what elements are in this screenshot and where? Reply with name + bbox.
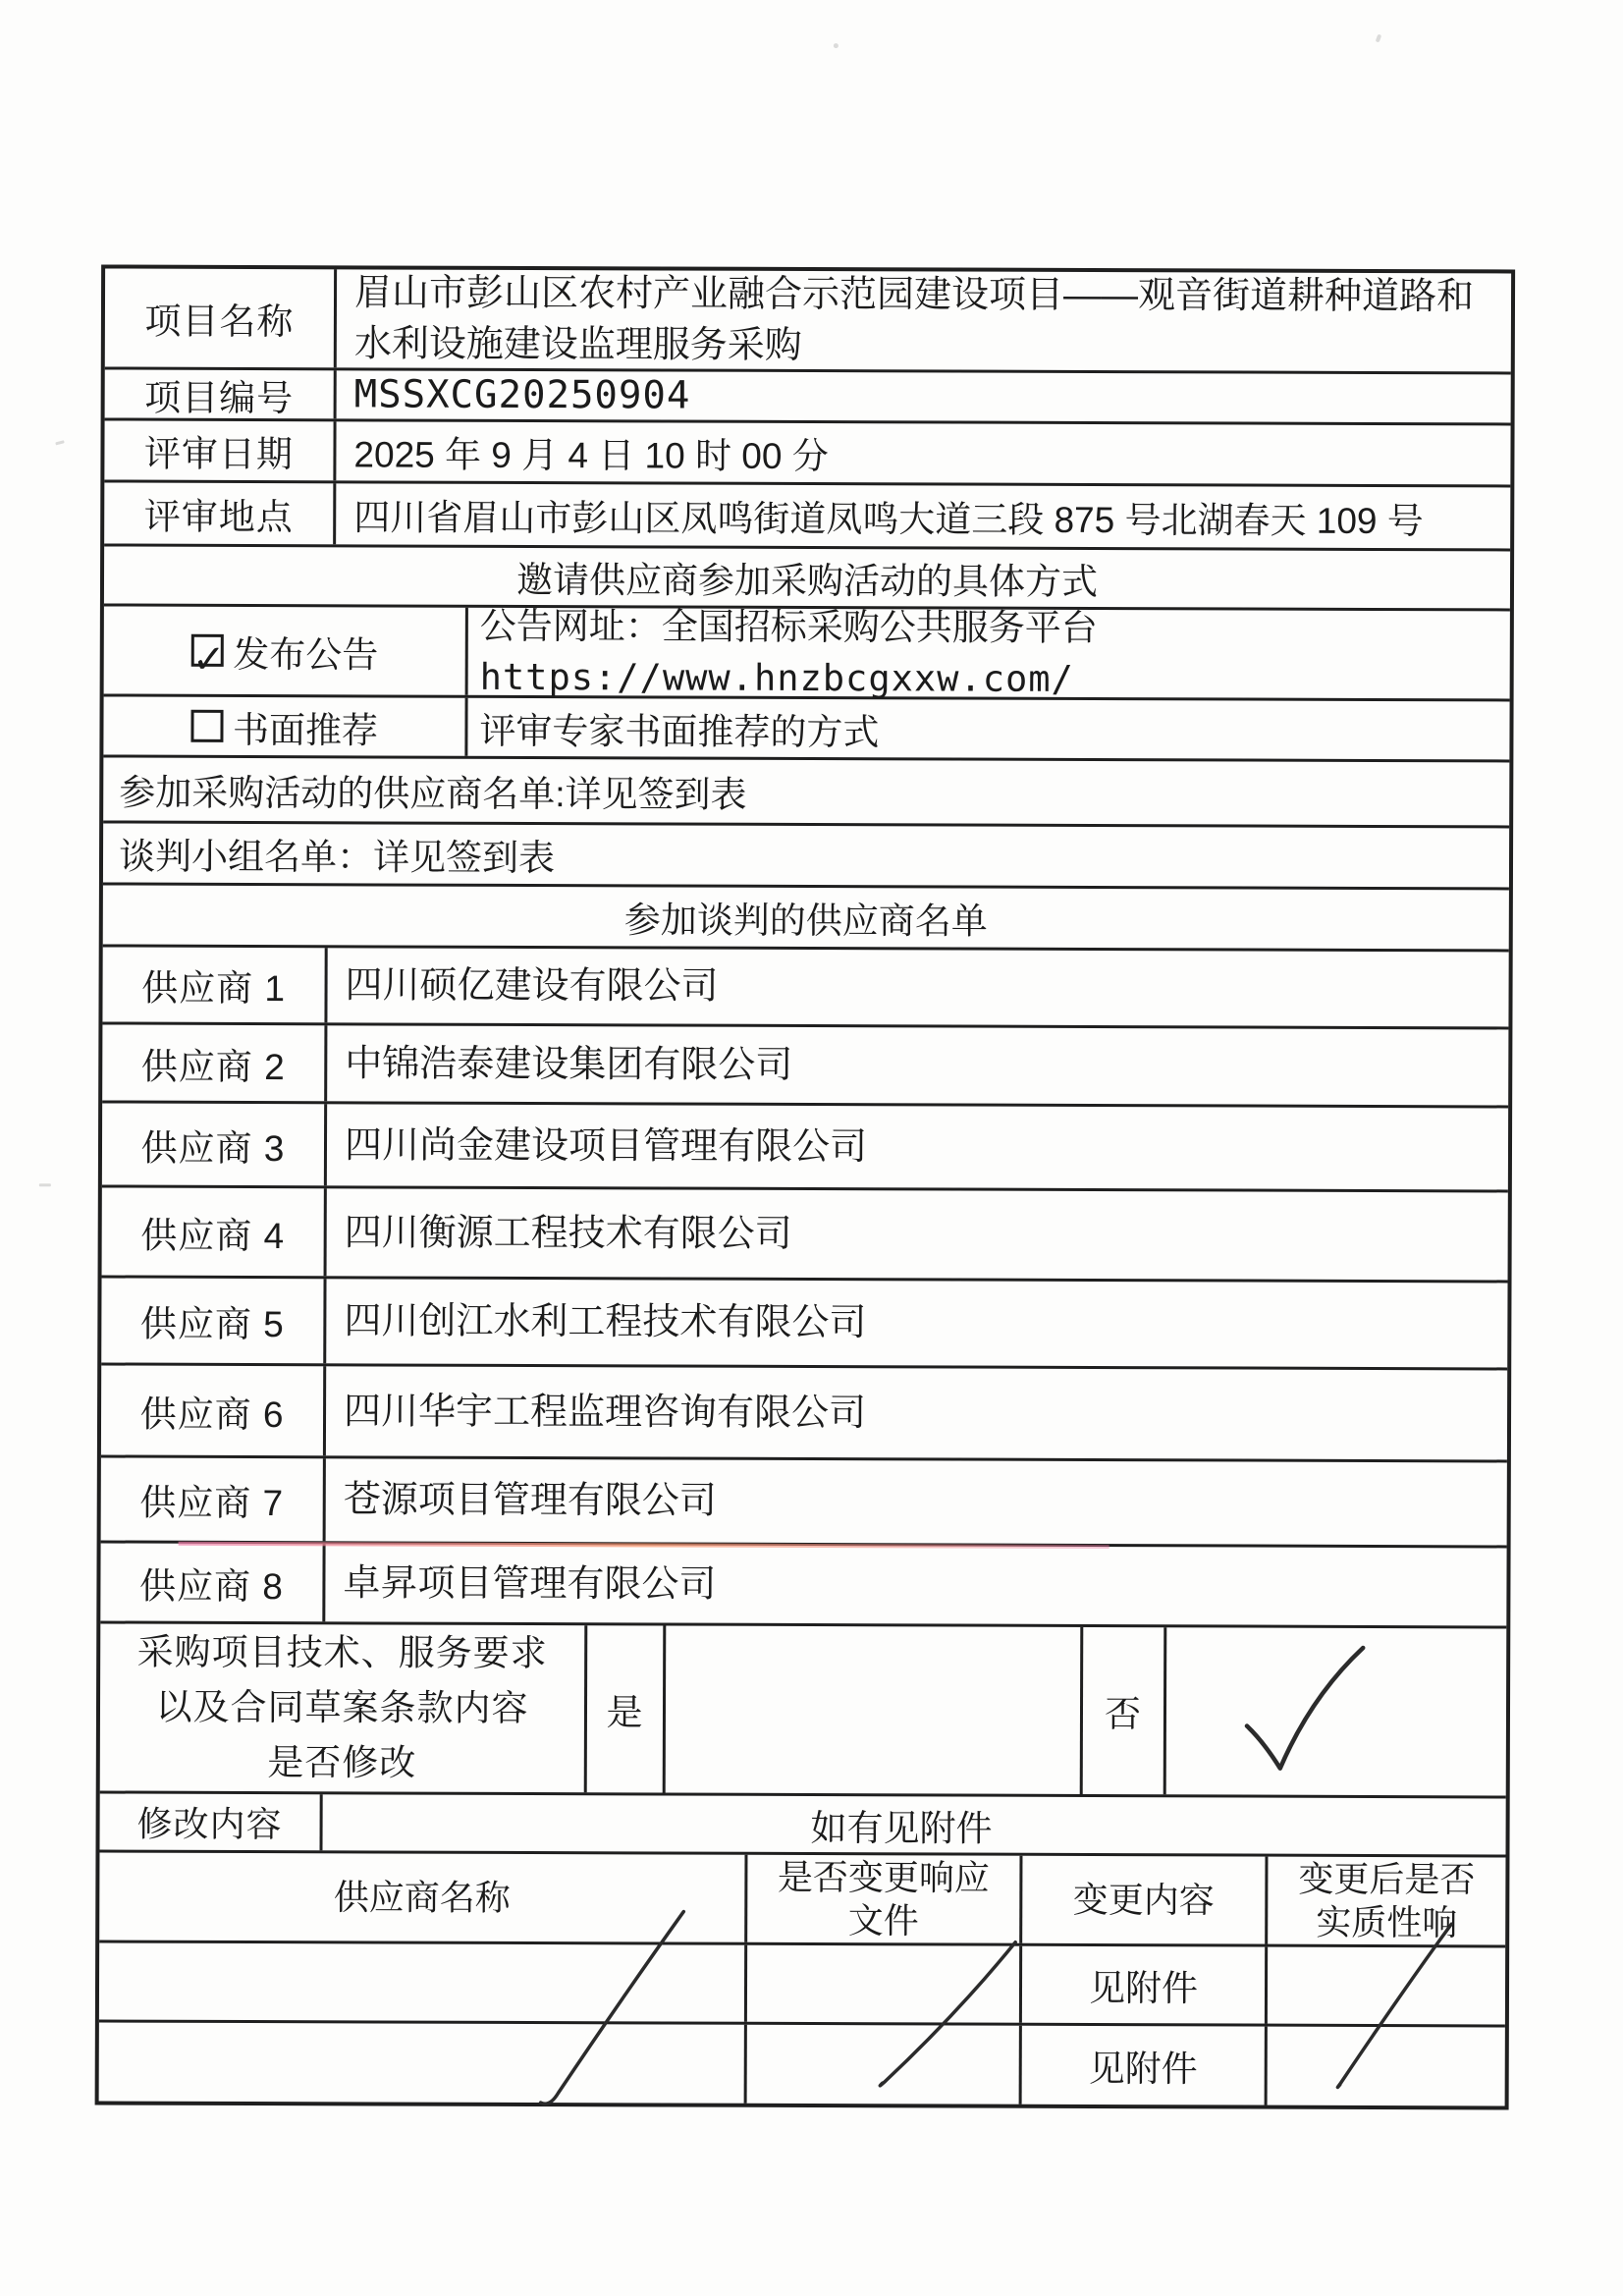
suppliers-header: 参加谈判的供应商名单 [103, 885, 1509, 949]
supplier-8-label: 供应商 8 [100, 1543, 325, 1621]
change-row2-supplier [99, 2022, 747, 2103]
change-row1-supplier [99, 1942, 747, 2021]
supplier-3-name: 四川尚金建设项目管理有限公司 [327, 1104, 1508, 1189]
option-announcement-label: 发布公告 [233, 624, 378, 678]
checkbox-checked-icon: ✓ [190, 634, 223, 667]
option-recommendation: 书面推荐 [103, 696, 467, 755]
supplier-row: 供应商 1 四川硕亿建设有限公司 [102, 947, 1508, 1029]
modify-content-label: 修改内容 [100, 1793, 323, 1850]
project-name-value: 眉山市彭山区农村产业融合示范园建设项目——观音街道耕种道路和水利设施建设监理服务… [337, 269, 1511, 371]
review-date-label: 评审日期 [104, 420, 336, 480]
header-change-content: 变更内容 [1022, 1856, 1268, 1944]
checkmark-glyph: ✓ [192, 650, 226, 670]
row-option-recommendation: 书面推荐 评审专家书面推荐的方式 [103, 696, 1509, 762]
change-table-row: 见附件 [99, 1942, 1505, 2027]
supplier-2-label: 供应商 2 [102, 1024, 327, 1101]
invite-section-title: 邀请供应商参加采购活动的具体方式 [104, 546, 1510, 608]
modify-yes-label: 是 [587, 1625, 667, 1792]
scan-speck [39, 1183, 51, 1186]
project-name-label: 项目名称 [105, 268, 337, 367]
scan-speck [1376, 34, 1382, 43]
review-place-value: 四川省眉山市彭山区凤鸣街道凤鸣大道三段 875 号北湖春天 109 号 [336, 483, 1510, 548]
review-date-value: 2025 年 9 月 4 日 10 时 00 分 [336, 421, 1510, 484]
row-review-date: 评审日期 2025 年 9 月 4 日 10 时 00 分 [104, 420, 1510, 487]
supplier-4-name: 四川衡源工程技术有限公司 [327, 1188, 1508, 1280]
supplier-1-label: 供应商 1 [102, 947, 327, 1022]
change-table-row: 见附件 [99, 2022, 1505, 2105]
modify-question-label: 采购项目技术、服务要求 以及合同草案条款内容 是否修改 [100, 1623, 588, 1792]
supplier-5-label: 供应商 5 [101, 1278, 326, 1363]
panel-note: 谈判小组名单：详见签到表 [103, 823, 1509, 887]
supplier-1-name: 四川硕亿建设有限公司 [327, 948, 1508, 1026]
supplier-row: 供应商 2 中锦浩泰建设集团有限公司 [102, 1024, 1508, 1108]
option-announcement: ✓ 发布公告 [104, 606, 468, 694]
supplier-7-label: 供应商 7 [101, 1457, 326, 1541]
scan-speck [834, 43, 839, 48]
modify-no-label: 否 [1083, 1627, 1167, 1794]
change-row2-substantive [1268, 2027, 1505, 2106]
supplier-2-name: 中锦浩泰建设集团有限公司 [327, 1025, 1508, 1105]
recommendation-detail: 评审专家书面推荐的方式 [467, 698, 1509, 760]
header-substantive: 变更后是否实质性响 [1268, 1857, 1505, 1945]
row-review-place: 评审地点 四川省眉山市彭山区凤鸣街道凤鸣大道三段 875 号北湖春天 109 号 [104, 482, 1510, 551]
announcement-url: https://www.hnzbcgxxw.com/ [480, 654, 1074, 701]
change-row1-changed [747, 1945, 1022, 2023]
supplier-8-name: 卓昇项目管理有限公司 [325, 1544, 1506, 1625]
supplier-row: 供应商 5 四川创江水利工程技术有限公司 [101, 1278, 1507, 1370]
option-recommendation-label: 书面推荐 [233, 699, 378, 753]
change-row1-content: 见附件 [1022, 1946, 1268, 2024]
review-place-label: 评审地点 [104, 482, 336, 544]
change-row2-changed [747, 2025, 1022, 2105]
supplier-row: 供应商 6 四川华宇工程监理咨询有限公司 [101, 1365, 1507, 1462]
supplier-4-label: 供应商 4 [102, 1187, 327, 1276]
scan-speck [55, 440, 64, 445]
checkbox-unchecked-icon [190, 710, 223, 742]
supplier-5-name: 四川创江水利工程技术有限公司 [326, 1279, 1507, 1367]
scanned-document-page: 项目名称 眉山市彭山区农村产业融合示范园建设项目——观音街道耕种道路和水利设施建… [0, 0, 1623, 2296]
modify-yes-cell [666, 1625, 1084, 1793]
row-panel-note: 谈判小组名单：详见签到表 [103, 823, 1509, 890]
header-supplier-name: 供应商名称 [99, 1852, 747, 1941]
header-changed-response: 是否变更响应文件 [747, 1855, 1022, 1943]
supplier-3-label: 供应商 3 [102, 1103, 327, 1185]
supplier-7-name: 苍源项目管理有限公司 [326, 1458, 1507, 1545]
announcement-detail: 公告网址：全国招标采购公共服务平台 https://www.hnzbcgxxw.… [468, 608, 1510, 699]
participants-note: 参加采购活动的供应商名单:详见签到表 [103, 757, 1509, 825]
row-invite-title: 邀请供应商参加采购活动的具体方式 [104, 546, 1510, 611]
row-modify-content: 修改内容 如有见附件 [99, 1793, 1505, 1857]
evaluation-table: 项目名称 眉山市彭山区农村产业融合示范园建设项目——观音街道耕种道路和水利设施建… [95, 264, 1516, 2109]
change-table-header: 供应商名称 是否变更响应文件 变更内容 变更后是否实质性响 [99, 1852, 1505, 1947]
row-suppliers-header: 参加谈判的供应商名单 [103, 885, 1509, 952]
project-number-value: MSSXCG20250904 [337, 370, 1511, 422]
row-project-name: 项目名称 眉山市彭山区农村产业融合示范园建设项目——观音街道耕种道路和水利设施建… [105, 268, 1511, 374]
supplier-6-label: 供应商 6 [101, 1365, 326, 1455]
announcement-site-name: 公告网址：全国招标采购公共服务平台 [480, 603, 1098, 650]
modify-no-cell [1166, 1627, 1507, 1795]
document-sheet: 项目名称 眉山市彭山区农村产业融合示范园建设项目——观音街道耕种道路和水利设施建… [0, 0, 1623, 2296]
change-row2-content: 见附件 [1022, 2026, 1268, 2105]
supplier-row: 供应商 7 苍源项目管理有限公司 [101, 1457, 1507, 1548]
row-option-announcement: ✓ 发布公告 公告网址：全国招标采购公共服务平台 https://www.hnz… [104, 606, 1510, 701]
row-participants-note: 参加采购活动的供应商名单:详见签到表 [103, 757, 1509, 828]
row-project-number: 项目编号 MSSXCG20250904 [105, 369, 1511, 425]
modify-content-value: 如有见附件 [323, 1794, 1506, 1854]
supplier-row: 供应商 3 四川尚金建设项目管理有限公司 [102, 1103, 1508, 1192]
supplier-row: 供应商 8 卓昇项目管理有限公司 [100, 1543, 1506, 1628]
row-modify-question: 采购项目技术、服务要求 以及合同草案条款内容 是否修改 是 否 [100, 1623, 1507, 1798]
change-row1-substantive [1268, 1947, 1505, 2025]
supplier-6-name: 四川华宇工程监理咨询有限公司 [326, 1366, 1507, 1459]
project-number-label: 项目编号 [105, 369, 337, 418]
supplier-row: 供应商 4 四川衡源工程技术有限公司 [102, 1187, 1508, 1283]
